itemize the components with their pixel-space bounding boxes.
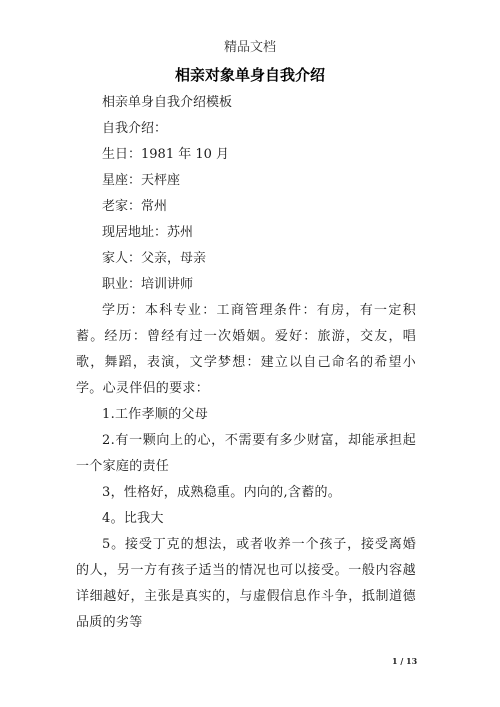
subtitle-line: 相亲单身自我介绍模板 [76,90,416,116]
zodiac-line: 星座：天枰座 [76,168,416,194]
requirement-item-4: 4。比我大 [76,506,416,532]
page-number: 1 / 13 [392,656,417,666]
birthday-line: 生日：1981 年 10 月 [76,142,416,168]
background-paragraph: 学历：本科专业：工商管理条件：有房，有一定积蓄。经历：曾经有过一次婚姻。爱好：旅… [76,298,416,402]
document-body: 相亲单身自我介绍模板 自我介绍： 生日：1981 年 10 月 星座：天枰座 老… [76,90,416,636]
requirement-item-5: 5。接受丁克的想法，或者收养一个孩子，接受离婚的人，另一方有孩子适当的情况也可以… [76,532,416,636]
address-line: 现居地址：苏州 [76,220,416,246]
occupation-line: 职业：培训讲师 [76,272,416,298]
document-title: 相亲对象单身自我介绍 [0,64,500,85]
family-line: 家人：父亲，母亲 [76,246,416,272]
hometown-line: 老家：常州 [76,194,416,220]
requirement-item-3: 3，性格好，成熟稳重。内向的,含蓄的。 [76,480,416,506]
document-header: 精品文档 [0,36,500,55]
requirement-item-1: 1.工作孝顺的父母 [76,402,416,428]
intro-label: 自我介绍： [76,116,416,142]
requirement-item-2: 2.有一颗向上的心，不需要有多少财富，却能承担起一个家庭的责任 [76,428,416,480]
